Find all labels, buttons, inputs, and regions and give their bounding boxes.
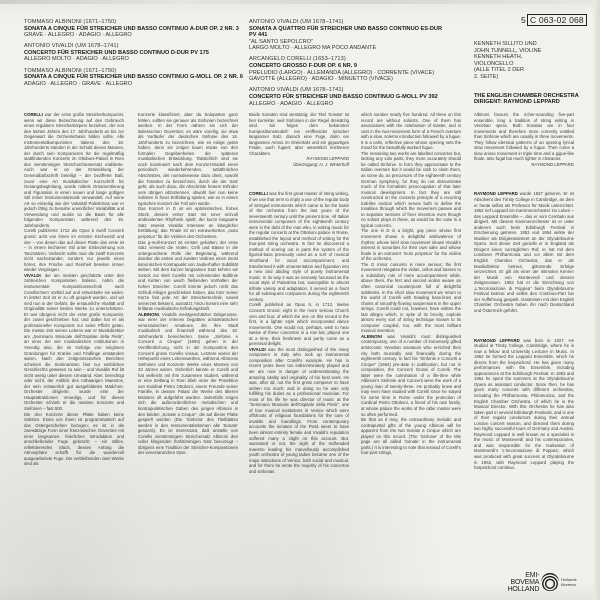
tracklist-side-1: Tommaso Albinoni (1671–1750) Sonata a ci… — [24, 19, 244, 92]
catalog-number: 5 C 063-02 068 — [521, 14, 587, 26]
label-tag: Hollands Bovema — [561, 577, 592, 587]
paragraph: which number nearly five hundred. All th… — [361, 112, 461, 151]
liner-notes-de-col-1: CORELLI war der erste große Streicherkom… — [24, 112, 124, 467]
track-movements: Adagio · Allegro · Grave · Allegro — [24, 81, 244, 88]
tracklist-side-2: Antonio Vivaldi (um 1678–1741) Sonata a … — [249, 19, 449, 112]
sleeve-right-edge — [594, 0, 600, 600]
paragraph: Konzerte klassifiziert, aber da Solopart… — [138, 112, 238, 206]
paragraph: CORELLI war der erste große Streicherkom… — [24, 112, 124, 228]
track-work: Concerto grosso F-Dur op. 6 Nr. 9 — [249, 63, 449, 70]
paragraph: Be that as it may, the extraordinary mel… — [361, 417, 461, 456]
track: Antonio Vivaldi (um 1678–1741) Sonata a … — [249, 19, 449, 52]
label-emblem-icon — [541, 573, 559, 591]
track: Tommaso Albinoni (1671–1750) Sonata a ci… — [24, 68, 244, 88]
track: Antonio Vivaldi (um 1678–1741) Concerto … — [249, 87, 449, 107]
label-logo: EMI-BOVEMA HOLLAND Hollands Bovema — [497, 567, 592, 597]
liner-notes-en-col-4: which number nearly five hundred. All th… — [361, 112, 461, 456]
track: Antonio Vivaldi (um 1678–1741) Concerto … — [24, 43, 244, 63]
track-composer: Antonio Vivaldi (um 1678–1741) — [249, 87, 449, 94]
biography-en: RAYMOND LEPPARD was born in 1927. He stu… — [474, 338, 574, 471]
biography-de: RAYMOND LEPPARD wurde 1927 geboren. Er i… — [474, 191, 574, 313]
track-composer: Tommaso Albinoni (1671–1750) — [24, 19, 244, 26]
paragraph: The G minor concerto is more serious; th… — [361, 262, 461, 334]
catalog-prefix: 5 — [521, 15, 526, 25]
paragraph: The remaining two works are labelled con… — [361, 151, 461, 229]
track-movements: Largo molto · Allegro ma poco andante — [249, 45, 449, 52]
label-wordmark: EMI-BOVEMA HOLLAND — [497, 572, 539, 593]
track-movements: Allegro molto · Adagio · Allegro — [24, 56, 244, 63]
orchestra-conductor: The English Chamber Orchestra Dirigent: … — [474, 93, 594, 106]
track-work: Concerto für Streicher und Basso continu… — [249, 94, 449, 101]
paragraph: Beide Sonaten sind viersätzig; der Titel… — [249, 112, 349, 156]
paragraph: Das Konzert in D ist ein optimistisches,… — [138, 206, 238, 239]
track: Arcangelo Corelli (1653–1713) Concerto g… — [249, 56, 449, 82]
track: Tommaso Albinoni (1671–1750) Sonata a ci… — [24, 19, 244, 39]
track-composer: Arcangelo Corelli (1653–1713) — [249, 56, 449, 63]
paragraph: Corelli published as Opus 6, in 1712, tw… — [249, 302, 349, 346]
paragraph: Das g-moll-Konzert ist ernster gehalten;… — [138, 240, 238, 312]
track-movements: Allegro · Adagio · Allegro — [249, 101, 449, 108]
paragraph: Corelli publizierte 1712 als Opus 6 zwöl… — [24, 228, 124, 272]
track-movements: Grave · Allegro · Adagio · Allegro — [24, 32, 244, 39]
track-work: Concerto für Streicher und Basso continu… — [24, 50, 244, 57]
record-sleeve-back: 5 C 063-02 068 Tommaso Albinoni (1671–17… — [0, 0, 600, 600]
paragraph: Die drei Konzerte dieser Platte haben ke… — [24, 412, 124, 467]
paragraph: CORELLI was the first great master of st… — [249, 191, 349, 302]
liner-notes-de-col-2: Konzerte klassifiziert, aber da Solopart… — [138, 112, 238, 456]
sleeve-top-edge — [0, 0, 600, 4]
paragraph: The one in D is a bright, gay piece whos… — [361, 228, 461, 261]
paragraph: ALBINONI was Vivaldi's most distinguishe… — [361, 334, 461, 417]
liner-notes-col-3: Beide Sonaten sind viersätzig; der Titel… — [249, 112, 349, 474]
performers-credits: Kenneth Sillito und John Tunnell, Violin… — [474, 41, 594, 106]
track-subtitle: "Al Santo Sepolcro" — [249, 39, 449, 46]
track-work: Sonata a cinque für Streicher und Basso … — [24, 26, 244, 33]
soloists: Kenneth Sillito und John Tunnell, Violin… — [474, 41, 594, 81]
catalog-code: C 063-02 068 — [527, 14, 587, 26]
paragraph: VIVALDI, der am meisten geschätzte unter… — [24, 273, 124, 412]
track-movements: Preludio (Largo) · Allemanda (Allegro) ·… — [249, 70, 449, 83]
track-composer: Antonio Vivaldi (um 1678–1741) — [24, 43, 244, 50]
liner-notes-col-5: Albinoni favours the richer-sounding fiv… — [474, 112, 574, 471]
track-work: Sonata a cinque für Streicher und Basso … — [24, 74, 244, 81]
track-composer: Antonio Vivaldi (um 1678–1741) — [249, 19, 449, 26]
paragraph: ALBINONI, Vivaldis meistgeschätzter Zeit… — [138, 312, 238, 456]
paragraph: VIVALDI was the most distinguished of th… — [249, 347, 349, 475]
paragraph: Albinoni favours the richer-sounding fiv… — [474, 112, 574, 162]
track-work: Sonata a quattro für Streicher und Basso… — [249, 26, 449, 39]
